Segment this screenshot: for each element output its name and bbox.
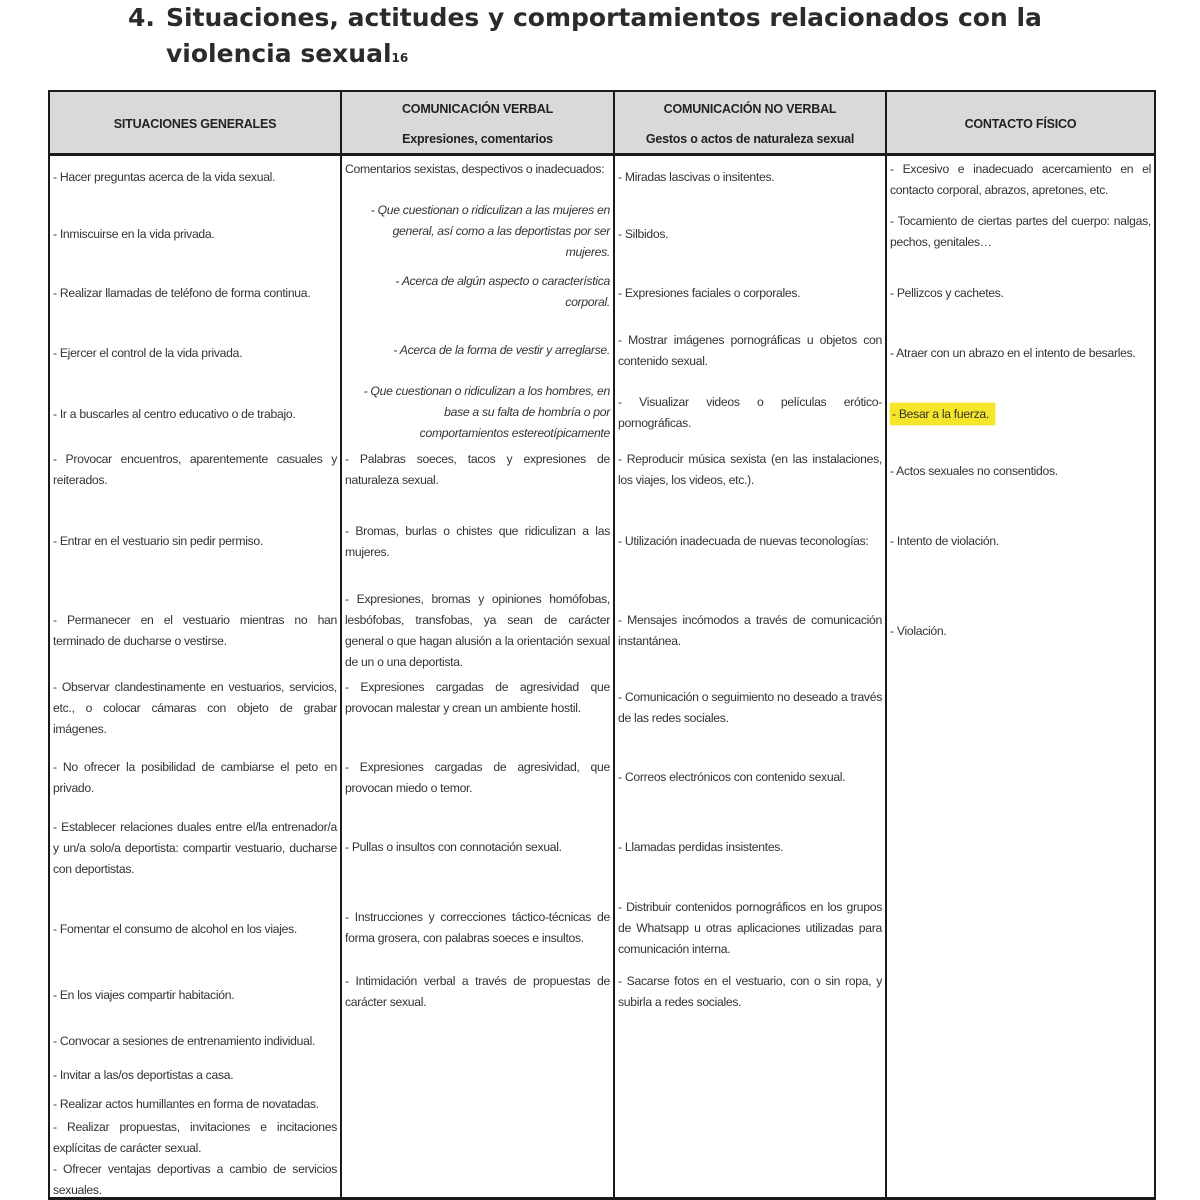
list-item: - Entrar en el vestuario sin pedir permi… [53,531,337,552]
section-heading: 4.Situaciones, actitudes y comportamient… [128,0,1108,72]
list-item: - Permanecer en el vestuario mientras no… [53,610,337,652]
section-title-line1: Situaciones, actitudes y comportamientos… [166,3,1042,32]
header-subtitle: Gestos o actos de naturaleza sexual [646,132,854,146]
list-item: - Comunicación o seguimiento no deseado … [618,687,882,729]
verbal-sub-item: - Acerca de algún aspecto o característi… [360,271,610,313]
list-item: - Bromas, burlas o chistes que ridiculiz… [345,521,610,563]
list-item: - Convocar a sesiones de entrenamiento i… [53,1031,337,1052]
list-item: - Silbidos. [618,224,882,245]
list-item: - Intimidación verbal a través de propue… [345,971,610,1013]
list-item: - Inmiscuirse en la vida privada. [53,224,337,245]
list-item: - Reproducir música sexista (en las inst… [618,449,882,491]
header-situaciones-generales: SITUACIONES GENERALES [50,92,340,156]
list-item: - Ofrecer ventajas deportivas a cambio d… [53,1159,337,1200]
list-item: - No ofrecer la posibilidad de cambiarse… [53,757,337,799]
list-item: - Distribuir contenidos pornográficos en… [618,897,882,960]
header-contacto-fisico: CONTACTO FÍSICO [887,92,1154,156]
list-item: - Hacer preguntas acerca de la vida sexu… [53,167,337,188]
list-item: - Miradas lascivas o insitentes. [618,167,882,188]
list-item: - Provocar encuentros, aparentemente cas… [53,449,337,491]
list-item: - Tocamiento de ciertas partes del cuerp… [890,211,1151,253]
list-item: - Expresiones cargadas de agresividad, q… [345,757,610,799]
highlighted-text: - Besar a la fuerza. [890,403,995,425]
list-item: - Mensajes incómodos a través de comunic… [618,610,882,652]
header-comunicacion-verbal: COMUNICACIÓN VERBAL Expresiones, comenta… [342,92,613,156]
section-number: 4. [128,0,166,36]
list-item: - Excesivo e inadecuado acercamiento en … [890,159,1151,201]
violence-situations-table: SITUACIONES GENERALES COMUNICACIÓN VERBA… [48,90,1156,1200]
list-item: - Besar a la fuerza. [890,404,1151,425]
header-subtitle: Expresiones, comentarios [402,132,553,146]
list-item: - Visualizar videos o películas erótico-… [618,392,882,434]
list-item: - Violación. [890,621,1151,642]
list-item: - En los viajes compartir habitación. [53,985,337,1006]
list-item: - Realizar llamadas de teléfono de forma… [53,283,337,304]
list-item: - Correos electrónicos con contenido sex… [618,767,882,788]
section-title-line2: violencia sexual [166,39,392,68]
header-title: COMUNICACIÓN NO VERBAL [664,102,837,116]
header-title: SITUACIONES GENERALES [114,117,277,131]
list-item: - Sacarse fotos en el vestuario, con o s… [618,971,882,1013]
column-situaciones-generales: - Hacer preguntas acerca de la vida sexu… [50,159,340,1197]
list-item: - Actos sexuales no consentidos. [890,461,1151,482]
list-item: - Realizar actos humillantes en forma de… [53,1094,337,1115]
list-item: - Instrucciones y correcciones táctico-t… [345,907,610,949]
list-item: - Pullas o insultos con connotación sexu… [345,837,610,858]
list-item: - Realizar propuestas, invitaciones e in… [53,1117,337,1159]
list-item: - Intento de violación. [890,531,1151,552]
list-item: - Expresiones, bromas y opiniones homófo… [345,589,610,673]
list-item: - Fomentar el consumo de alcohol en los … [53,919,337,940]
list-item: - Ir a buscarles al centro educativo o d… [53,404,337,425]
column-comunicacion-no-verbal: - Miradas lascivas o insitentes.- Silbid… [615,159,885,1197]
header-title: COMUNICACIÓN VERBAL [402,102,553,116]
list-item: - Observar clandestinamente en vestuario… [53,677,337,740]
list-item: - Llamadas perdidas insistentes. [618,837,882,858]
list-item: - Utilización inadecuada de nuevas tecon… [618,531,882,552]
verbal-sub-item: - Que cuestionan o ridiculizan a las muj… [360,200,610,263]
header-comunicacion-no-verbal: COMUNICACIÓN NO VERBAL Gestos o actos de… [615,92,885,156]
list-item: - Establecer relaciones duales entre el/… [53,817,337,880]
list-item: - Ejercer el control de la vida privada. [53,343,337,364]
list-item: - Invitar a las/os deportistas a casa. [53,1065,337,1086]
list-item: - Expresiones cargadas de agresividad qu… [345,677,610,719]
list-item: - Palabras soeces, tacos y expresiones d… [345,449,610,491]
list-item: - Expresiones faciales o corporales. [618,283,882,304]
column-comunicacion-verbal: Comentarios sexistas, despectivos o inad… [342,159,613,1197]
footnote-ref[interactable]: 16 [392,51,409,65]
column-contacto-fisico: - Excesivo e inadecuado acercamiento en … [887,159,1154,1197]
list-item: - Pellizcos y cachetes. [890,283,1151,304]
header-title: CONTACTO FÍSICO [965,117,1077,131]
list-item: - Atraer con un abrazo en el intento de … [890,343,1151,364]
list-item: - Mostrar imágenes pornográficas u objet… [618,330,882,372]
verbal-sub-item: - Que cuestionan o ridiculizan a los hom… [360,381,610,444]
verbal-intro: Comentarios sexistas, despectivos o inad… [345,159,610,180]
verbal-sub-item: - Acerca de la forma de vestir y arregla… [360,340,610,361]
